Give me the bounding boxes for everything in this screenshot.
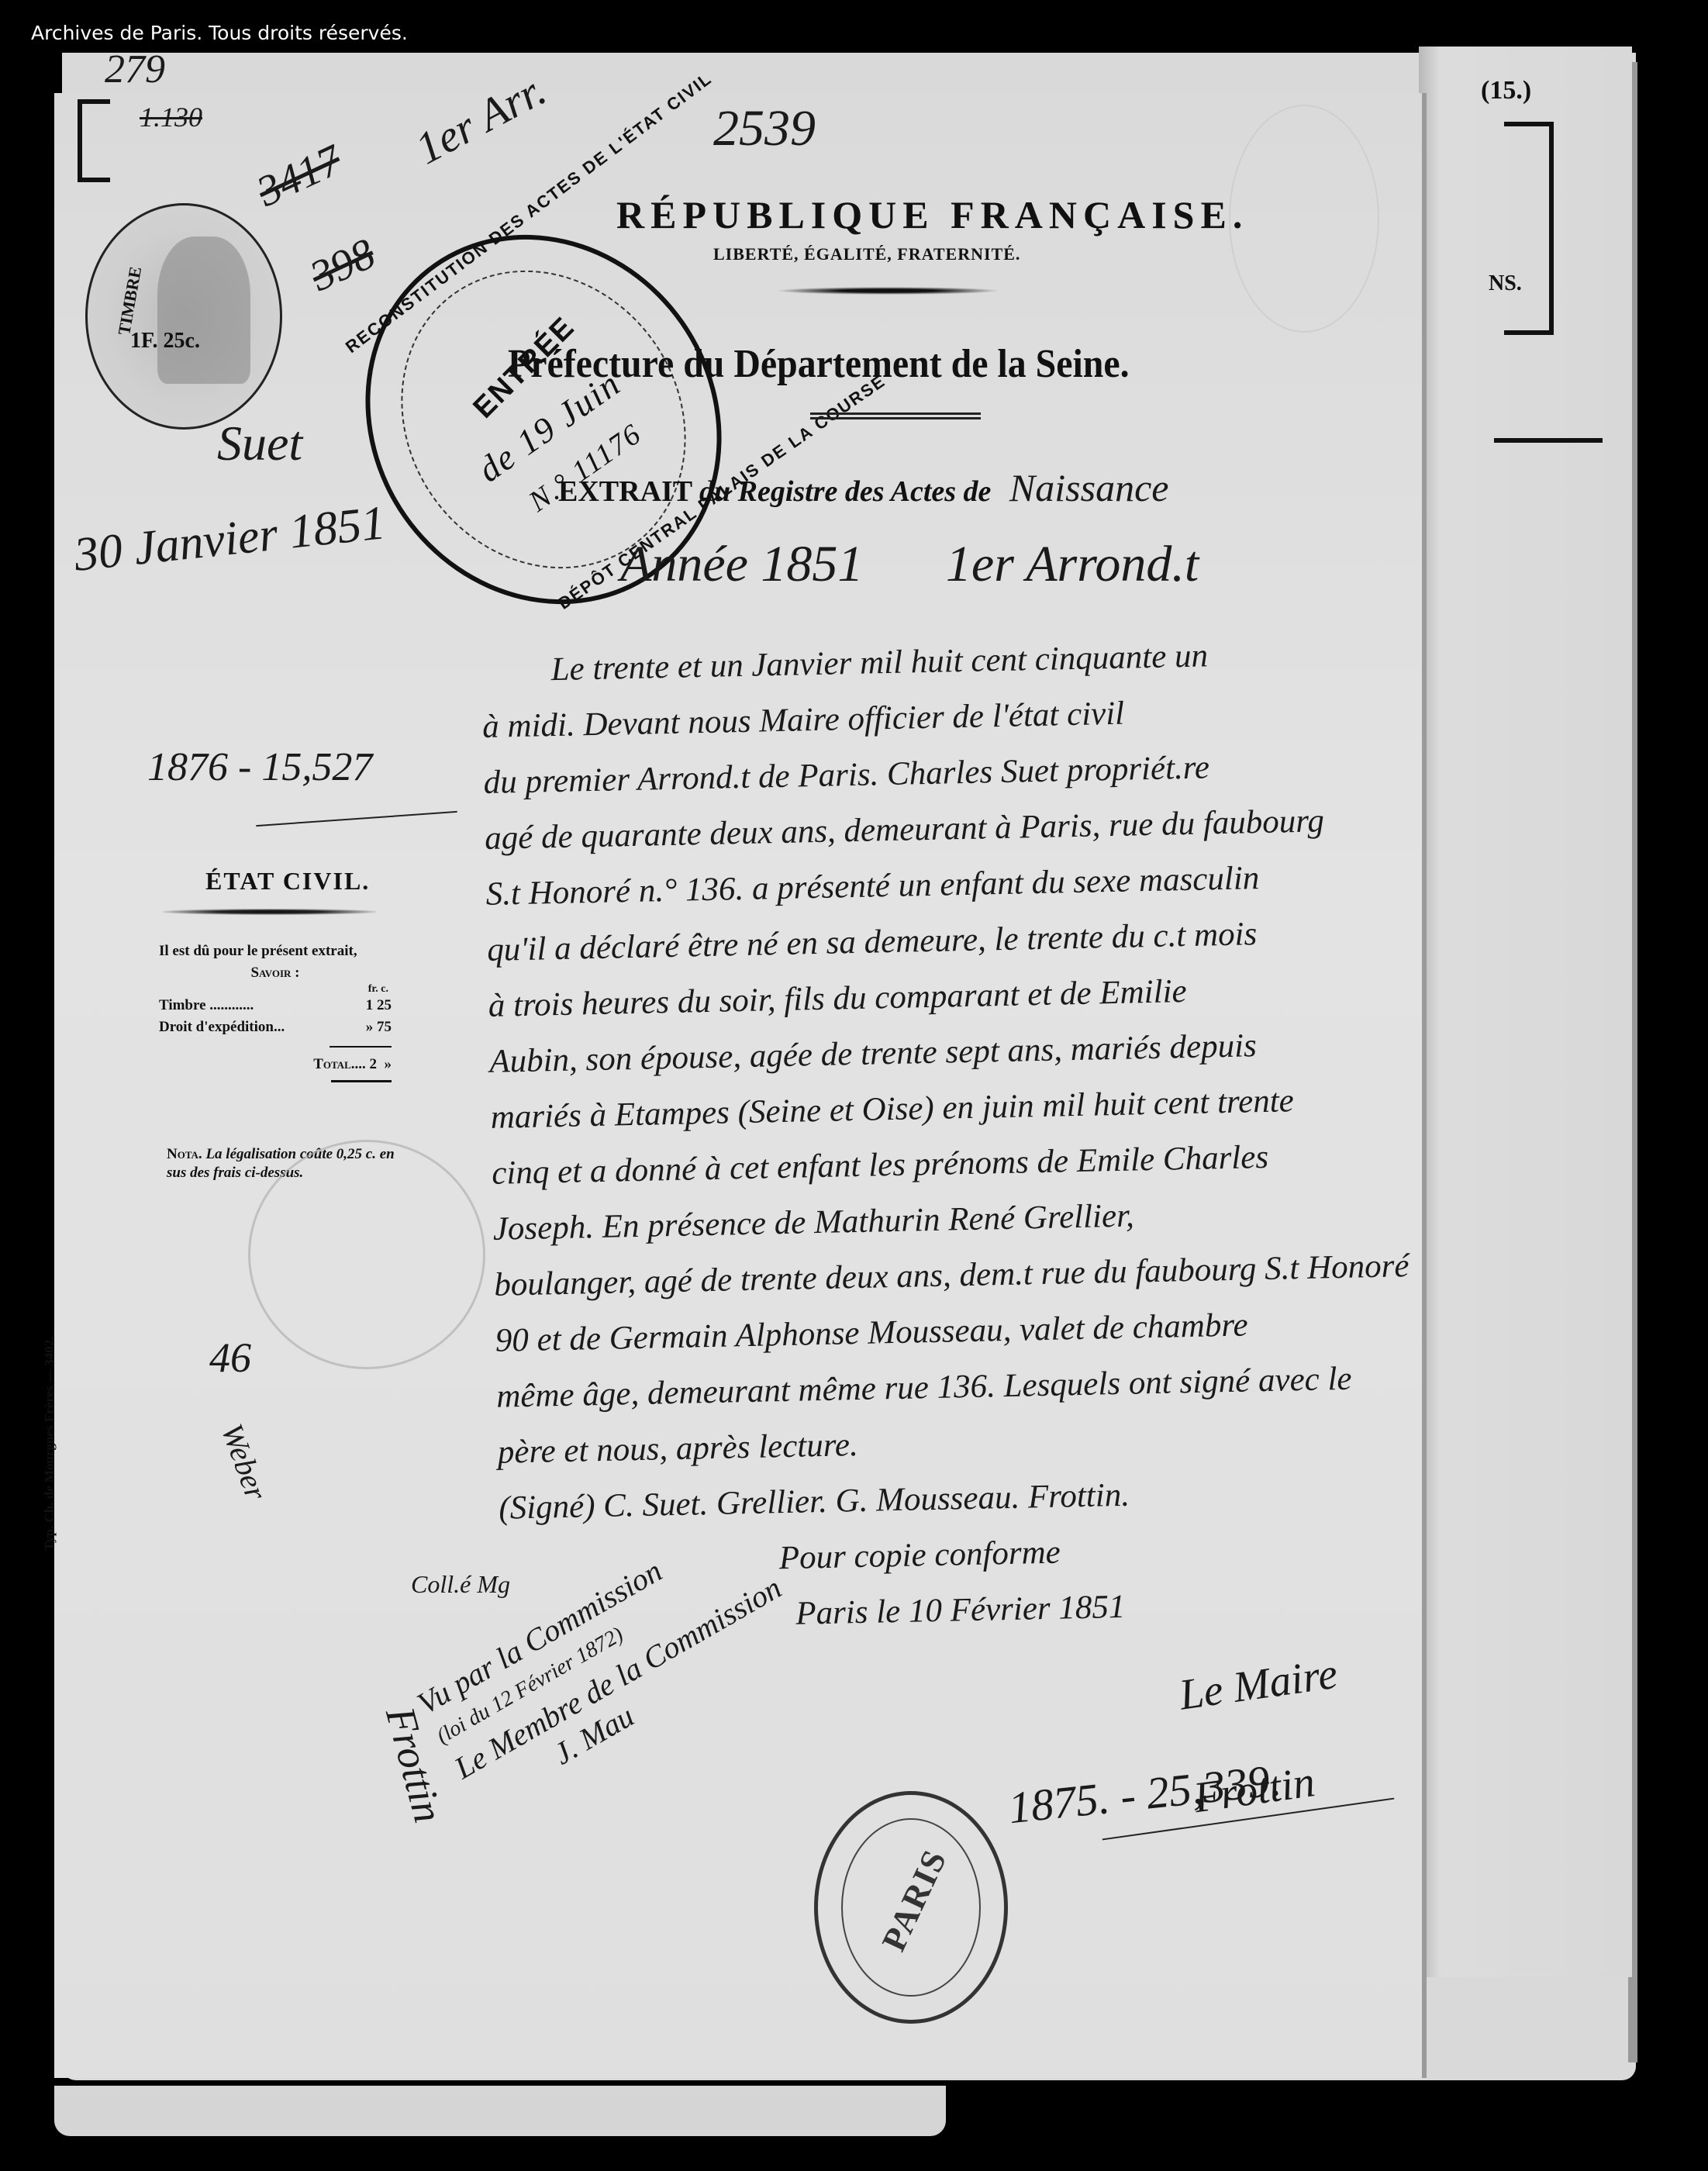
fee-fr: »: [366, 1019, 374, 1035]
fee-c: 25: [377, 997, 392, 1013]
fee-row: Timbre ............ 1 25: [159, 995, 392, 1016]
republique-title: RÉPUBLIQUE FRANÇAISE.: [616, 192, 1248, 237]
faded-prefecture-stamp: [248, 1140, 485, 1369]
registry-number: 2539: [713, 99, 816, 158]
etat-civil-title: ÉTAT CIVIL.: [205, 867, 370, 896]
count-46: 46: [209, 1334, 251, 1382]
reference-left: 1876 - 15,527: [147, 744, 372, 790]
total-fr: 2: [370, 1056, 378, 1072]
text-fragment: NS.: [1489, 271, 1522, 296]
extrait-heading: EXTRAIT du Registre des Actes de Naissan…: [558, 465, 1168, 510]
marianne-figure-icon: [157, 236, 250, 384]
nota-label: Nota.: [167, 1146, 202, 1162]
torn-bottom-edge: [54, 2086, 946, 2136]
extrait-label: EXTRAIT: [558, 475, 692, 508]
collationne-note: Coll.é Mg: [411, 1570, 510, 1598]
timbre-stamp: TIMBRE 1F. 25c.: [85, 203, 282, 430]
acte-type: Naissance: [1009, 466, 1169, 509]
fee-total: Total.... 2 »: [159, 1054, 392, 1075]
savoir-label: Savoir :: [159, 962, 392, 984]
double-rule: [810, 412, 981, 419]
year-line: Année 1851 1er Arrond.t: [620, 535, 1199, 594]
units-label: fr. c.: [159, 984, 392, 995]
fee-row: Droit d'expédition... » 75: [159, 1016, 392, 1038]
surname-margin: Suet: [217, 415, 302, 472]
fee-fr: 1: [366, 997, 374, 1013]
paris-mairie-stamp: PARIS: [814, 1791, 1008, 2024]
act-body: Le trente et un Janvier mil huit cent ci…: [481, 623, 1486, 1648]
struck-number: 1.130: [140, 101, 202, 133]
page-number: (15.): [1481, 76, 1531, 105]
arrondissement: 1er Arrond.t: [946, 536, 1199, 592]
embossed-seal: [1229, 105, 1379, 333]
fee-label: Droit d'expédition...: [159, 1016, 285, 1038]
fee-label: Timbre ............: [159, 995, 254, 1016]
annee: Année 1851: [620, 536, 863, 592]
stamp-price: 1F. 25c.: [130, 330, 200, 353]
prefecture-title: Préfecture du Département de la Seine.: [508, 341, 1130, 387]
total-c: »: [385, 1056, 392, 1072]
folded-corner-bracket: [78, 99, 110, 182]
copyright-watermark: Archives de Paris. Tous droits réservés.: [31, 22, 408, 44]
bracket-frame: [1504, 122, 1554, 335]
total-label: Total....: [313, 1056, 366, 1072]
extrait-rest: du Registre des Actes de: [699, 475, 991, 508]
top-number: 279: [105, 47, 165, 92]
divider: [1494, 438, 1603, 443]
fee-panel: Il est dû pour le présent extrait, Savoi…: [159, 941, 392, 1082]
fee-intro: Il est dû pour le présent extrait,: [159, 941, 392, 962]
printer-line: Typ. Ch. de Mourgues Frères — 3402.: [42, 1336, 57, 1551]
fee-c: 75: [377, 1019, 392, 1035]
stamp-label: TIMBRE: [114, 265, 146, 337]
divider: [330, 1046, 392, 1048]
ornament-rule: [775, 287, 1000, 295]
divider: [331, 1080, 392, 1082]
devise: LIBERTÉ, ÉGALITÉ, FRATERNITÉ.: [713, 244, 1020, 264]
ornament-rule: [163, 909, 376, 915]
